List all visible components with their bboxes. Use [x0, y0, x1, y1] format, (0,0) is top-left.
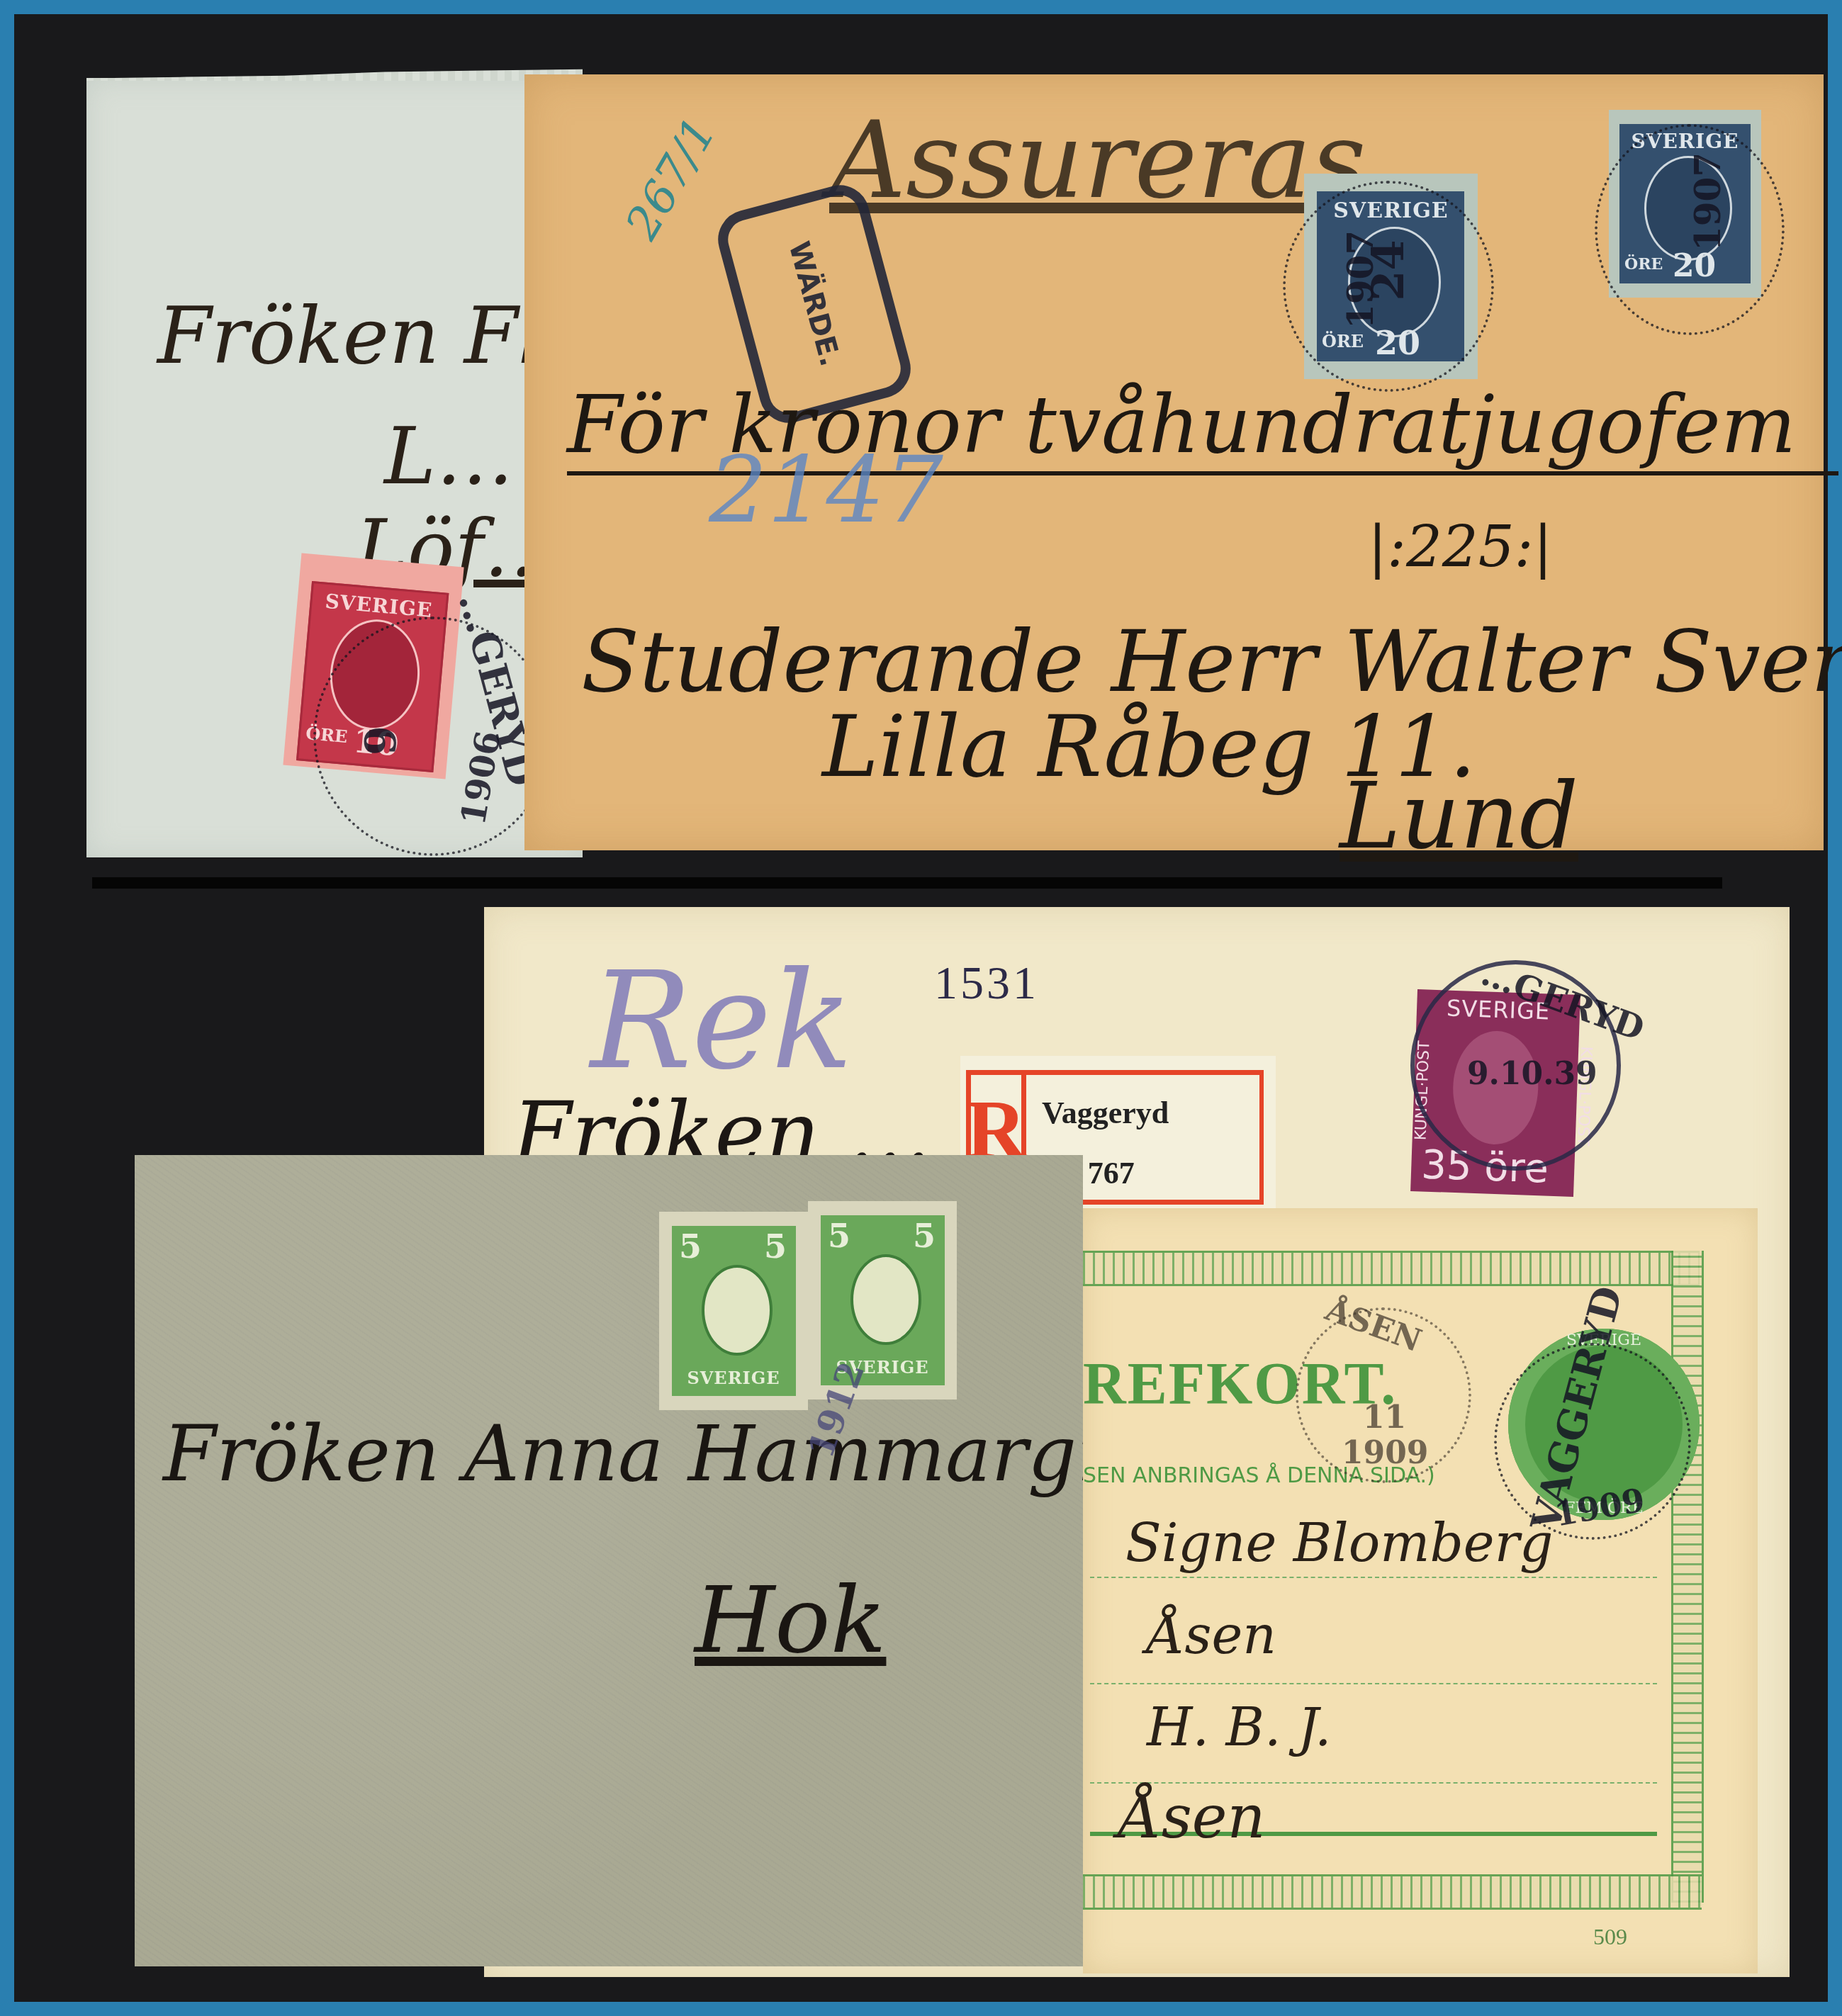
pencil-rek: Rek [590, 942, 853, 1099]
address-line: Hok [695, 1566, 886, 1674]
crayon-mark: 2147 [709, 436, 943, 544]
cover-blue: Fröken Fl… L… Löf… SVERIGE ÖRE 10 …GERYD… [86, 78, 583, 857]
cover-orange: Assureras 267/1 WÄRDE. För kronor tvåhun… [524, 74, 1824, 850]
cover-number: 1531 [934, 957, 1039, 1010]
print-number: 509 [1593, 1924, 1627, 1950]
cover-gray: Fröken Anna Hammargren Hok 5 5 SVERIGE 5… [135, 1155, 1083, 1966]
ornamental-border [1083, 1874, 1702, 1910]
postcard: REFKORT. SEN ANBRINGAS Å DENNA SIDA.) SV… [1083, 1208, 1758, 1973]
registry-note: 267/1 [616, 109, 726, 249]
declared-value-amount: |:225:| [1368, 514, 1553, 580]
ornamental-border [1083, 1251, 1700, 1286]
address-line: Åsen [1147, 1605, 1276, 1666]
address-line: Lund [1340, 762, 1578, 869]
address-line: Studerande Herr Walter Svenson [581, 613, 1842, 711]
heading-assureras: Assureras [829, 99, 1366, 223]
address-line: Fröken Anna Hammargren [163, 1410, 1208, 1499]
address-line: H. B. J. [1147, 1697, 1331, 1758]
stamp-5-ore: 5 5 SVERIGE [659, 1212, 808, 1410]
album-strip [92, 877, 1722, 889]
address-line: L… [384, 411, 514, 502]
address-line: Åsen [1118, 1782, 1266, 1852]
registration-town: Vaggeryd [1042, 1095, 1169, 1131]
address-line: Signe Blomberg [1125, 1513, 1553, 1574]
